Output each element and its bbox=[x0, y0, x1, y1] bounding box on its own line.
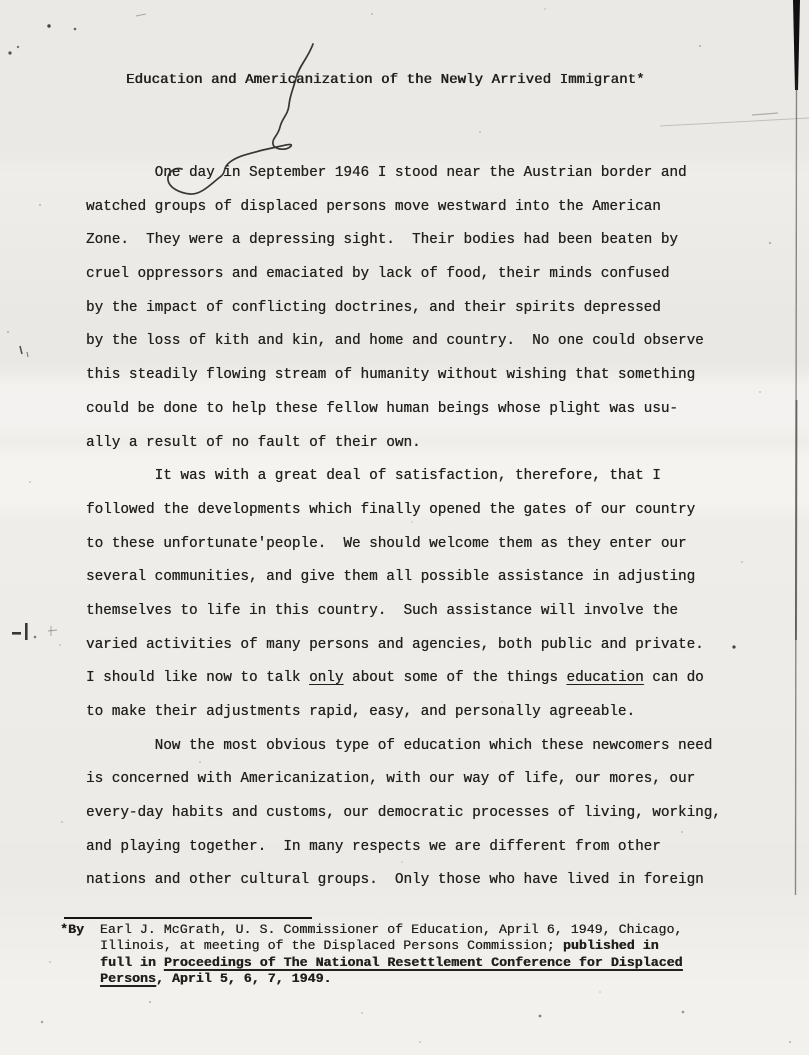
typed-text: Zone. They were a depressing sight. Thei… bbox=[86, 232, 678, 248]
typed-text: is concerned with Americanization, with … bbox=[86, 771, 695, 787]
footnote: *By Earl J. McGrath, U. S. Commissioner … bbox=[60, 922, 683, 988]
speck bbox=[47, 24, 50, 27]
typed-line: Zone. They were a depressing sight. Thei… bbox=[86, 224, 721, 258]
document-title: Education and Americanization of the New… bbox=[126, 72, 645, 88]
typed-line: this steadily flowing stream of humanity… bbox=[86, 359, 721, 393]
typed-text: It was with a great deal of satisfaction… bbox=[86, 468, 661, 484]
stray-period-mark bbox=[732, 645, 735, 648]
right-edge-scan-line bbox=[796, 80, 797, 895]
margin-pencil-mark bbox=[25, 623, 28, 640]
typed-text: several communities, and give them all p… bbox=[86, 569, 695, 585]
speck bbox=[8, 51, 11, 54]
typed-text: Illinois, at meeting of the Displaced Pe… bbox=[100, 938, 563, 953]
typed-text: could be done to help these fellow human… bbox=[86, 401, 678, 417]
typed-line: It was with a great deal of satisfaction… bbox=[86, 460, 721, 494]
margin-pencil-mark bbox=[20, 346, 22, 354]
footnote-line: Persons, April 5, 6, 7, 1949. bbox=[60, 971, 683, 987]
underlined-text: Persons bbox=[100, 971, 156, 986]
typed-text: I should like now to talk bbox=[86, 670, 309, 686]
typed-line: and playing together. In many respects w… bbox=[86, 831, 721, 865]
typed-text: ally a result of no fault of their own. bbox=[86, 435, 421, 451]
typed-text: and playing together. In many respects w… bbox=[86, 839, 661, 855]
footnote-line: *By Earl J. McGrath, U. S. Commissioner … bbox=[60, 922, 683, 938]
speck bbox=[136, 14, 146, 16]
typed-line: ally a result of no fault of their own. bbox=[86, 427, 721, 461]
document-body: One day in September 1946 I stood near t… bbox=[86, 157, 721, 898]
bold-text: , April 5, 6, 7, 1949. bbox=[156, 971, 332, 986]
typed-line: every-day habits and customs, our democr… bbox=[86, 797, 721, 831]
bold-text: *By bbox=[60, 922, 100, 937]
typed-text: by the impact of conflicting doctrines, … bbox=[86, 300, 661, 316]
typed-line: is concerned with Americanization, with … bbox=[86, 763, 721, 797]
crease-line bbox=[752, 113, 778, 115]
typed-text: cruel oppressors and emaciated by lack o… bbox=[86, 266, 669, 282]
margin-pencil-mark bbox=[34, 636, 37, 639]
footnote-line: full in Proceedings of The National Rese… bbox=[60, 955, 683, 971]
margin-pencil-mark bbox=[27, 352, 28, 357]
typed-line: cruel oppressors and emaciated by lack o… bbox=[86, 258, 721, 292]
bold-text: full in bbox=[100, 955, 164, 970]
typed-line: could be done to help these fellow human… bbox=[86, 393, 721, 427]
typed-text: every-day habits and customs, our democr… bbox=[86, 805, 721, 821]
typed-text: about some of the things bbox=[343, 670, 566, 686]
right-edge-scan-line bbox=[793, 0, 800, 90]
underlined-text: Proceedings of The National Resettlement… bbox=[164, 955, 683, 970]
typed-line: One day in September 1946 I stood near t… bbox=[86, 157, 721, 191]
typed-text: by the loss of kith and kin, and home an… bbox=[86, 333, 704, 349]
typed-line: by the loss of kith and kin, and home an… bbox=[86, 325, 721, 359]
speck bbox=[74, 28, 77, 31]
typed-line: to these unfortunate'people. We should w… bbox=[86, 528, 721, 562]
typed-text: can do bbox=[644, 670, 704, 686]
typed-line: watched groups of displaced persons move… bbox=[86, 191, 721, 225]
typed-line: by the impact of conflicting doctrines, … bbox=[86, 292, 721, 326]
typed-text: Earl J. McGrath, U. S. Commissioner of E… bbox=[100, 922, 683, 937]
underlined-text: education bbox=[566, 670, 643, 686]
scanned-document-page: Education and Americanization of the New… bbox=[0, 0, 809, 1055]
typed-line: Now the most obvious type of education w… bbox=[86, 730, 721, 764]
bold-text: published in bbox=[563, 938, 659, 953]
typed-line: to make their adjustments rapid, easy, a… bbox=[86, 696, 721, 730]
typed-line: several communities, and give them all p… bbox=[86, 561, 721, 595]
typed-text: themselves to life in this country. Such… bbox=[86, 603, 678, 619]
footnote-separator-rule bbox=[64, 917, 312, 919]
typed-text: to make their adjustments rapid, easy, a… bbox=[86, 704, 635, 720]
typed-text: Now the most obvious type of education w… bbox=[86, 738, 712, 754]
footnote-line: Illinois, at meeting of the Displaced Pe… bbox=[60, 938, 683, 954]
typed-line: I should like now to talk only about som… bbox=[86, 662, 721, 696]
margin-pencil-mark bbox=[12, 632, 21, 635]
underlined-text: only bbox=[309, 670, 343, 686]
typed-line: followed the developments which finally … bbox=[86, 494, 721, 528]
typed-text: followed the developments which finally … bbox=[86, 502, 695, 518]
typed-line: nations and other cultural groups. Only … bbox=[86, 864, 721, 898]
typed-text: One day in September 1946 I stood near t… bbox=[86, 165, 687, 181]
typed-text: watched groups of displaced persons move… bbox=[86, 199, 661, 215]
typed-text: this steadily flowing stream of humanity… bbox=[86, 367, 695, 383]
typed-line: varied activities of many persons and ag… bbox=[86, 629, 721, 663]
speck bbox=[17, 46, 19, 48]
crease-line bbox=[660, 118, 809, 126]
typed-text: nations and other cultural groups. Only … bbox=[86, 872, 704, 888]
typed-line: themselves to life in this country. Such… bbox=[86, 595, 721, 629]
typed-text: to these unfortunate'people. We should w… bbox=[86, 536, 687, 552]
right-edge-scan-line bbox=[796, 400, 797, 640]
typed-text: varied activities of many persons and ag… bbox=[86, 637, 704, 653]
margin-pencil-mark bbox=[48, 630, 57, 631]
